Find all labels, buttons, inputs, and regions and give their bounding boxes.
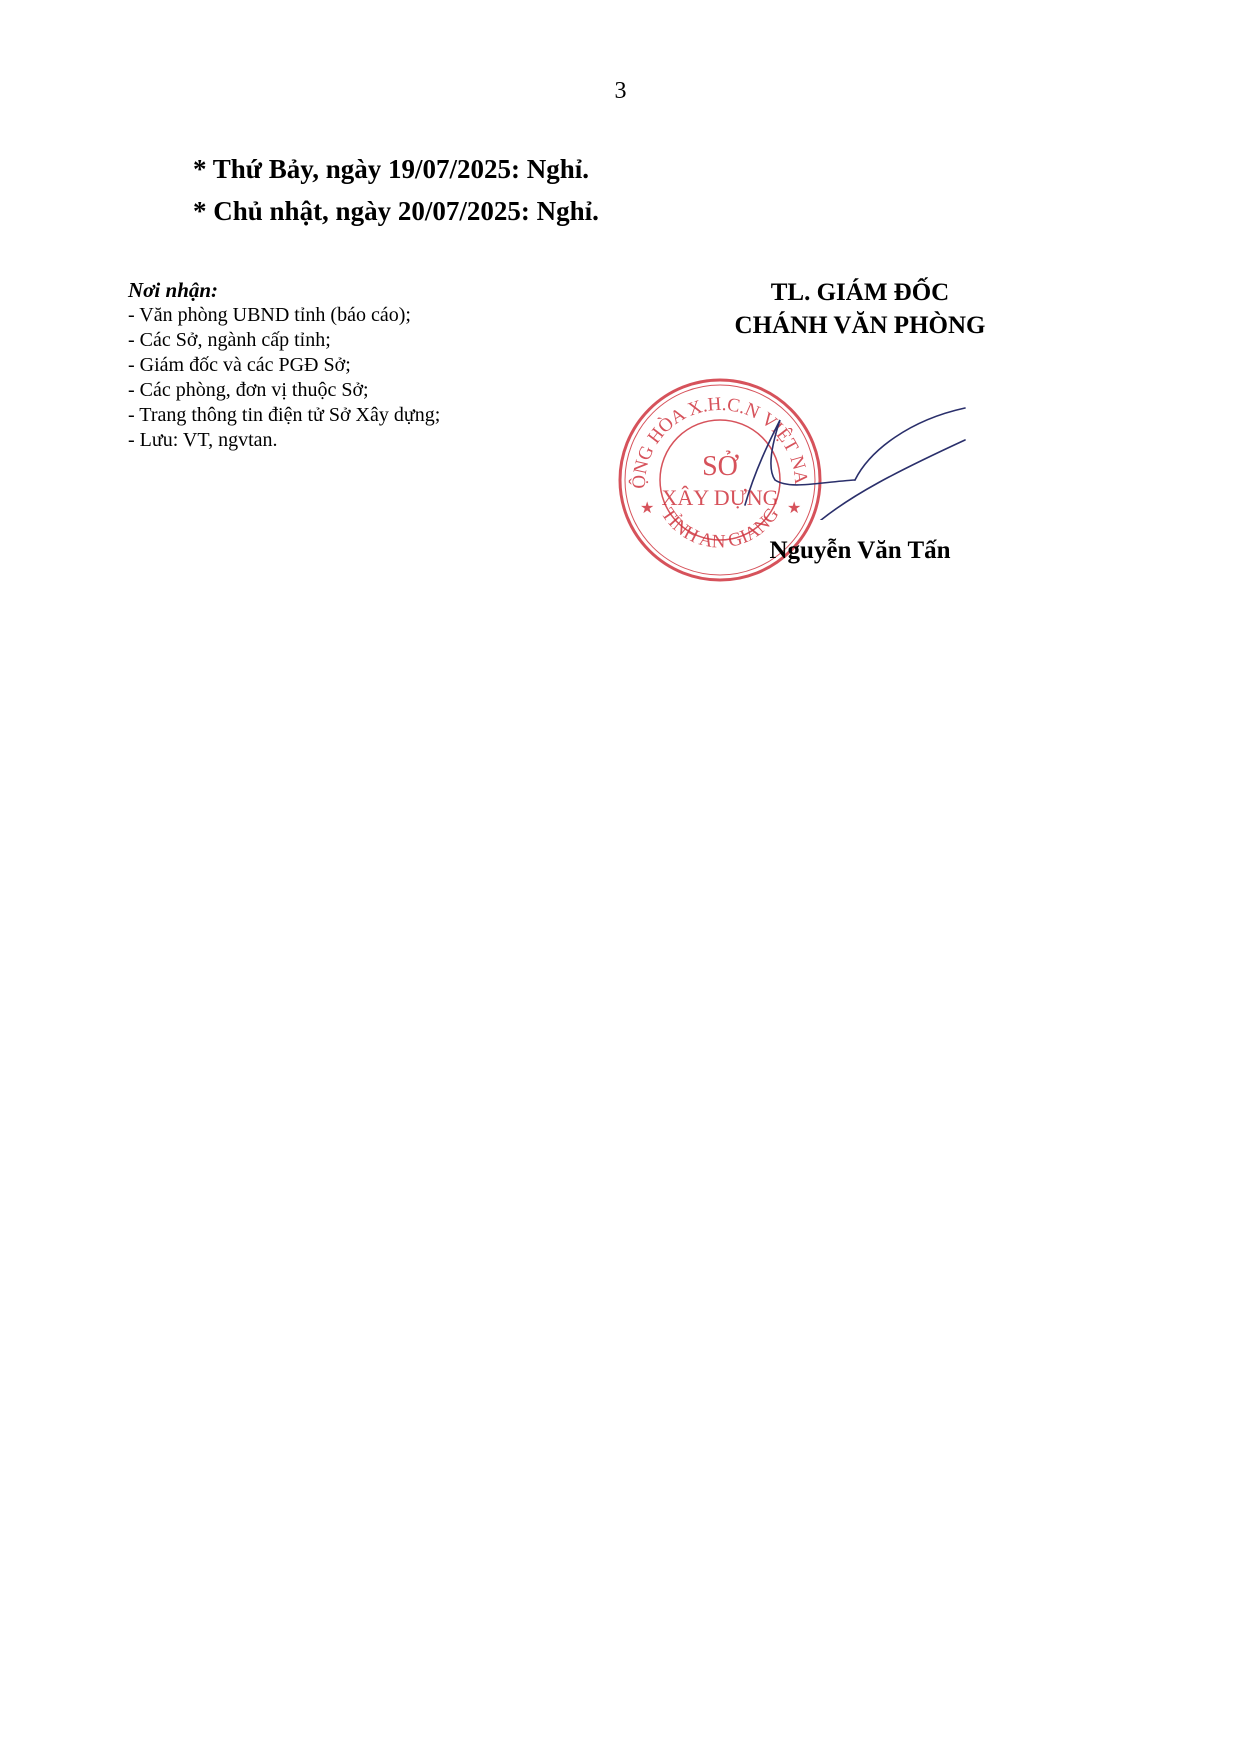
schedule-list: * Thứ Bảy, ngày 19/07/2025: Nghỉ. * Chủ … (193, 148, 599, 232)
recipient-item: - Các phòng, đơn vị thuộc Sở; (128, 378, 440, 403)
recipients-title: Nơi nhận: (128, 278, 440, 303)
recipient-item: - Giám đốc và các PGĐ Sở; (128, 353, 440, 378)
signature-line-2: CHÁNH VĂN PHÒNG (700, 309, 1020, 342)
page-number: 3 (0, 78, 1241, 105)
svg-text:★: ★ (640, 500, 654, 517)
signature-line-1: TL. GIÁM ĐỐC (700, 276, 1020, 309)
schedule-item: * Chủ nhật, ngày 20/07/2025: Nghỉ. (193, 190, 599, 232)
schedule-item: * Thứ Bảy, ngày 19/07/2025: Nghỉ. (193, 148, 599, 190)
signature-title: TL. GIÁM ĐỐC CHÁNH VĂN PHÒNG (700, 276, 1020, 342)
recipient-item: - Trang thông tin điện tử Sở Xây dựng; (128, 403, 440, 428)
recipient-item: - Lưu: VT, ngvtan. (128, 428, 440, 453)
signer-name: Nguyễn Văn Tấn (700, 537, 1020, 565)
recipients-block: Nơi nhận: - Văn phòng UBND tỉnh (báo cáo… (128, 278, 440, 453)
handwritten-signature-icon (720, 380, 970, 520)
recipient-item: - Văn phòng UBND tỉnh (báo cáo); (128, 303, 440, 328)
recipient-item: - Các Sở, ngành cấp tỉnh; (128, 328, 440, 353)
